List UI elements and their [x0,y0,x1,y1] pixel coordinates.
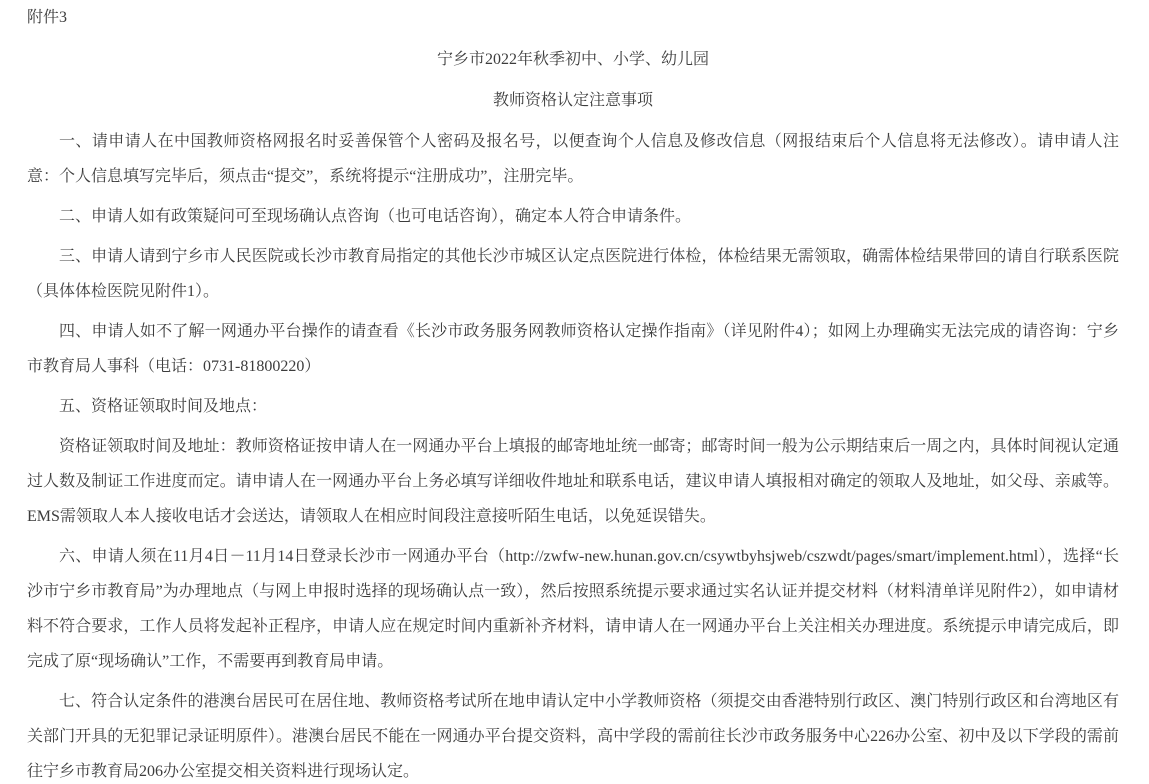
paragraph: 三、申请人请到宁乡市人民医院或长沙市教育局指定的其他长沙市城区认定点医院进行体检… [27,239,1119,309]
paragraph: 一、请申请人在中国教师资格网报名时妥善保管个人密码及报名号，以便查询个人信息及修… [27,124,1119,194]
document-title-line2: 教师资格认定注意事项 [27,83,1119,118]
paragraph-list: 一、请申请人在中国教师资格网报名时妥善保管个人密码及报名号，以便查询个人信息及修… [27,124,1119,784]
paragraph: 六、申请人须在11月4日－11月14日登录长沙市一网通办平台（http://zw… [27,539,1119,679]
document-title-line1: 宁乡市2022年秋季初中、小学、幼儿园 [27,42,1119,77]
document-page: 附件3 宁乡市2022年秋季初中、小学、幼儿园 教师资格认定注意事项 一、请申请… [0,0,1149,784]
attachment-label: 附件3 [27,0,1119,35]
paragraph: 二、申请人如有政策疑问可至现场确认点咨询（也可电话咨询），确定本人符合申请条件。 [27,199,1119,234]
paragraph: 四、申请人如不了解一网通办平台操作的请查看《长沙市政务服务网教师资格认定操作指南… [27,314,1119,384]
paragraph: 五、资格证领取时间及地点： [27,389,1119,424]
paragraph: 七、符合认定条件的港澳台居民可在居住地、教师资格考试所在地申请认定中小学教师资格… [27,684,1119,784]
paragraph: 资格证领取时间及地址：教师资格证按申请人在一网通办平台上填报的邮寄地址统一邮寄；… [27,429,1119,534]
